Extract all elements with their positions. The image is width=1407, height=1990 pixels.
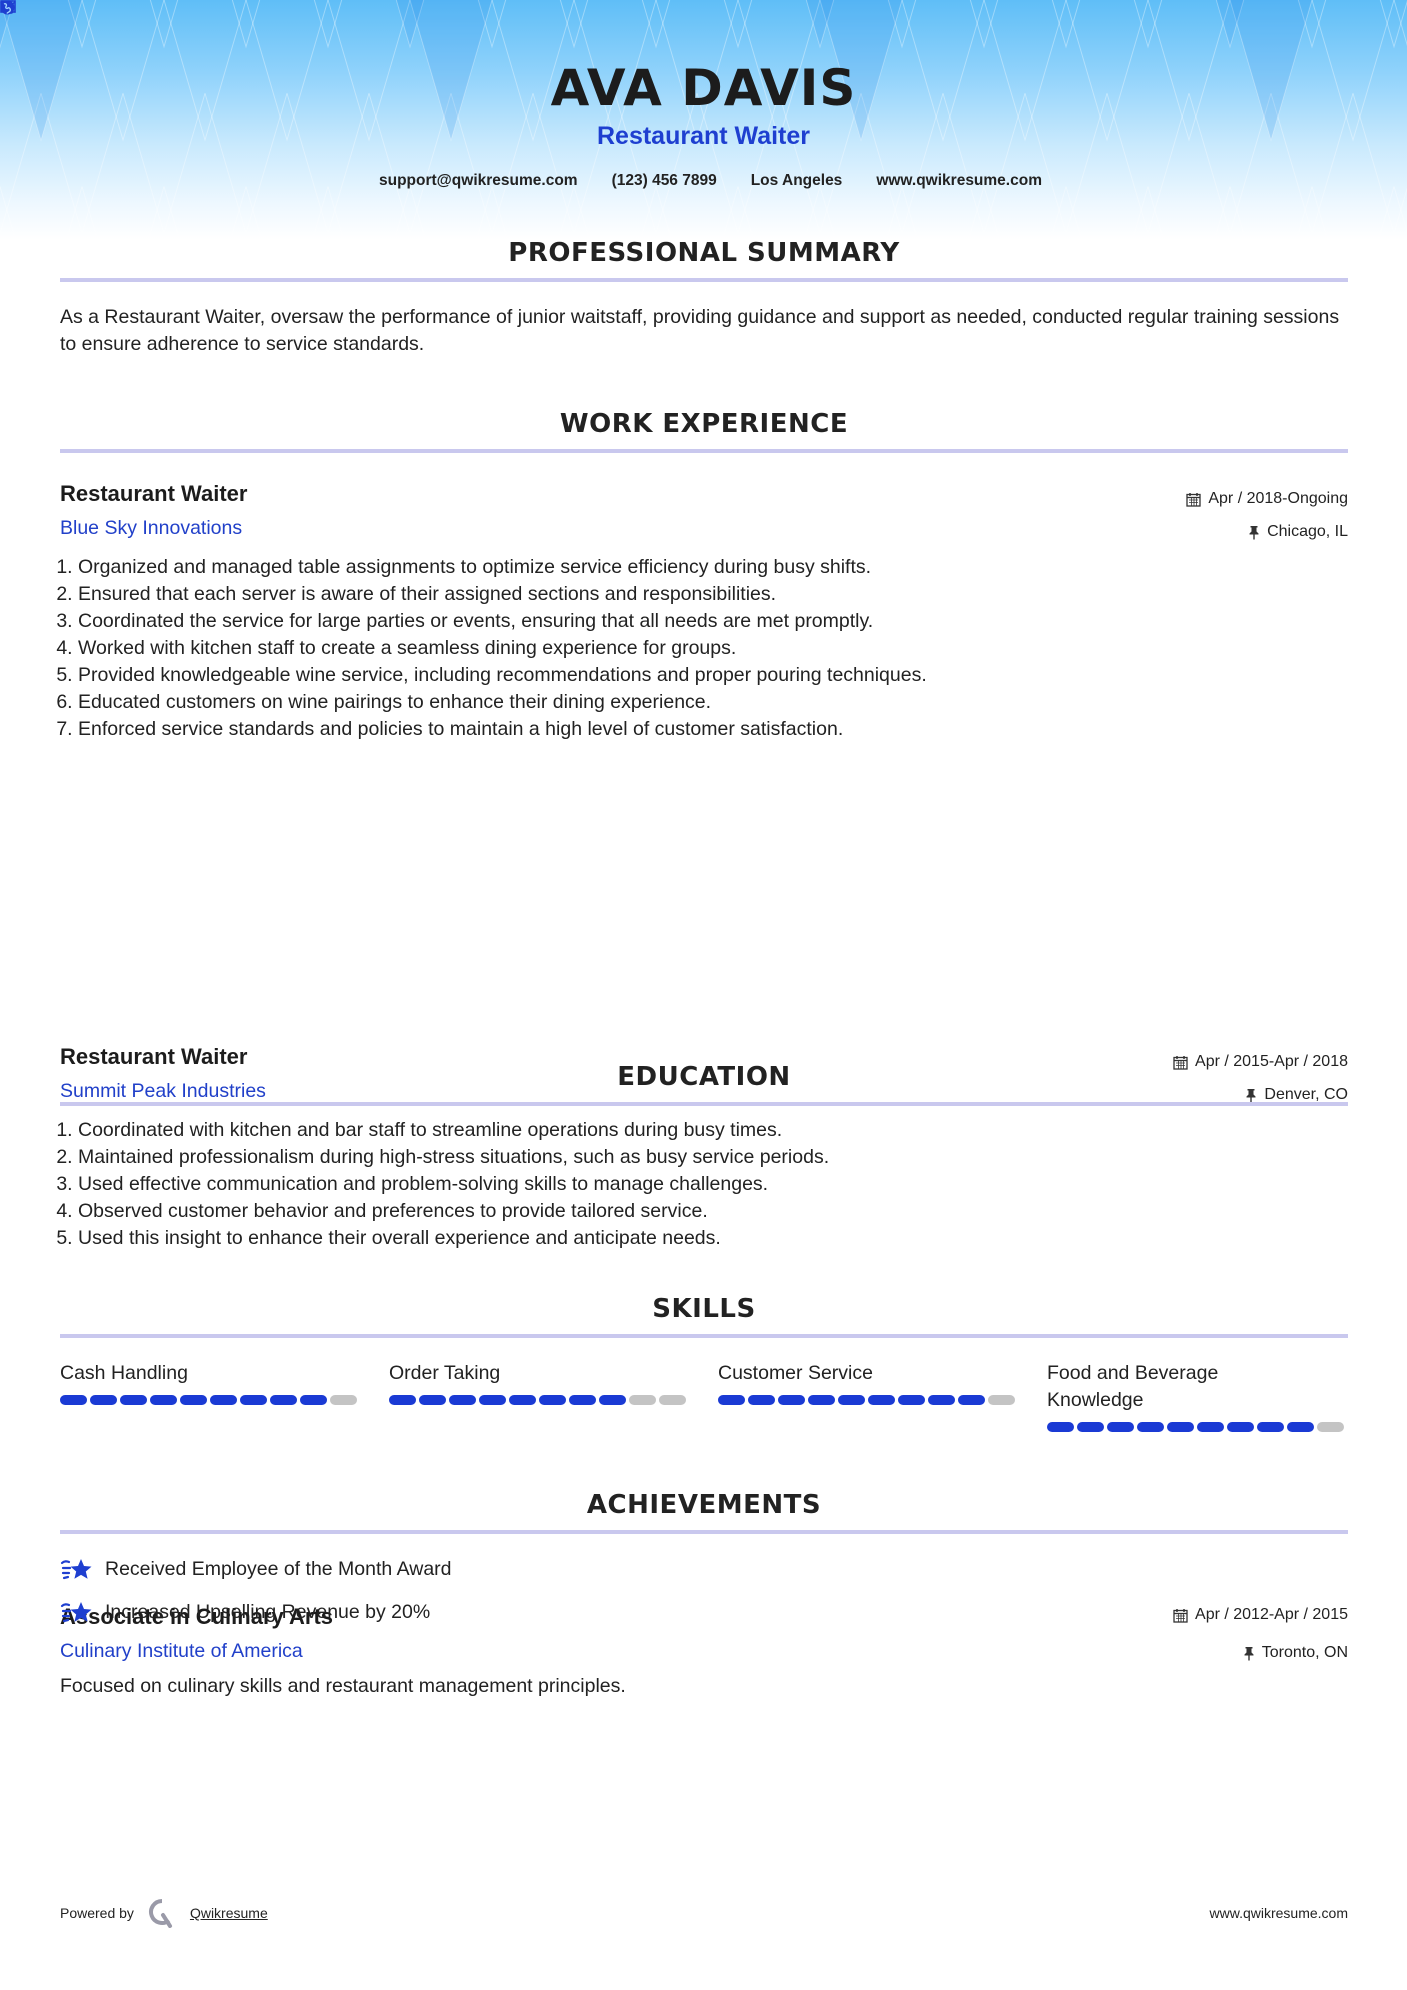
rating-dot — [1077, 1422, 1104, 1432]
pushpin-icon — [1243, 1646, 1255, 1661]
job-dates: Apr / 2018-Ongoing — [1208, 490, 1348, 508]
skill-rating — [389, 1395, 689, 1405]
skill-rating — [60, 1395, 360, 1405]
qwikresume-link[interactable]: Qwikresume — [190, 1905, 268, 1921]
candidate-role: Restaurant Waiter — [0, 120, 1407, 152]
rating-dot — [958, 1395, 985, 1405]
qwikresume-logo-icon — [148, 1898, 176, 1928]
list-item: Used effective communication and problem… — [78, 1171, 1348, 1198]
rating-dot — [1227, 1422, 1254, 1432]
contact-website[interactable]: www.qwikresume.com — [862, 172, 1042, 190]
rating-dot — [270, 1395, 297, 1405]
rating-dot — [1167, 1422, 1194, 1432]
contact-location: Los Angeles — [737, 172, 843, 190]
education-description: Focused on culinary skills and restauran… — [60, 1673, 1348, 1700]
skill-name: Customer Service — [718, 1360, 1018, 1387]
list-item: Coordinated the service for large partie… — [78, 608, 1348, 635]
star-award-icon — [60, 1556, 94, 1584]
job-title: Restaurant Waiter — [60, 481, 1348, 507]
achievements-section: ACHIEVEMENTS Received Employee of the Mo… — [60, 1490, 1348, 1634]
rating-dot — [539, 1395, 566, 1405]
job-bullets: Organized and managed table assignments … — [60, 554, 1348, 743]
job-meta: Apr / 2018-Ongoing Chicago, IL — [1186, 489, 1348, 542]
rating-dot — [330, 1395, 357, 1405]
skill-item: Order Taking — [389, 1360, 689, 1432]
pushpin-icon — [1248, 525, 1260, 540]
rating-dot — [479, 1395, 506, 1405]
list-item: Organized and managed table assignments … — [78, 554, 1348, 581]
rating-dot — [898, 1395, 925, 1405]
section-divider — [60, 449, 1348, 453]
rating-dot — [988, 1395, 1015, 1405]
skill-item: Customer Service — [718, 1360, 1018, 1432]
rating-dot — [808, 1395, 835, 1405]
list-item: Ensured that each server is aware of the… — [78, 581, 1348, 608]
calendar-icon — [1186, 492, 1201, 507]
section-title-achievements: ACHIEVEMENTS — [60, 1490, 1348, 1520]
rating-dot — [778, 1395, 805, 1405]
list-item: Used this insight to enhance their overa… — [78, 1225, 1348, 1252]
rating-dot — [389, 1395, 416, 1405]
header-banner: AVA DAVIS Restaurant Waiter support@qwik… — [0, 0, 1407, 240]
rating-dot — [748, 1395, 775, 1405]
summary-section: PROFESSIONAL SUMMARY As a Restaurant Wai… — [60, 238, 1348, 358]
rating-dot — [1287, 1422, 1314, 1432]
contact-bar: support@qwikresume.com (123) 456 7899 Lo… — [0, 172, 1407, 190]
rating-dot — [599, 1395, 626, 1405]
rating-dot — [1197, 1422, 1224, 1432]
achievement-item: Increased Upselling Revenue by 20% — [60, 1591, 1348, 1634]
section-divider — [60, 1530, 1348, 1534]
powered-by-label: Powered by — [60, 1905, 134, 1921]
section-divider — [60, 278, 1348, 282]
job-location: Chicago, IL — [1267, 523, 1348, 541]
education-section: EDUCATION — [60, 1062, 1348, 1106]
list-item: Worked with kitchen staff to create a se… — [78, 635, 1348, 662]
rating-dot — [838, 1395, 865, 1405]
summary-text: As a Restaurant Waiter, oversaw the perf… — [60, 304, 1348, 358]
list-item: Observed customer behavior and preferenc… — [78, 1198, 1348, 1225]
job-entry: Restaurant Waiter Blue Sky Innovations A… — [60, 481, 1348, 743]
list-item: Educated customers on wine pairings to e… — [78, 689, 1348, 716]
section-title-experience: WORK EXPERIENCE — [60, 409, 1348, 439]
rating-dot — [718, 1395, 745, 1405]
company-name: Blue Sky Innovations — [60, 517, 1348, 540]
rating-dot — [569, 1395, 596, 1405]
rating-dot — [300, 1395, 327, 1405]
rating-dot — [1137, 1422, 1164, 1432]
skill-rating — [1047, 1422, 1347, 1432]
rating-dot — [60, 1395, 87, 1405]
rating-dot — [659, 1395, 686, 1405]
footer-website[interactable]: www.qwikresume.com — [1210, 1905, 1348, 1921]
section-divider — [60, 1102, 1348, 1106]
skill-name: Order Taking — [389, 1360, 689, 1387]
skills-list: Cash HandlingOrder TakingCustomer Servic… — [60, 1360, 1348, 1432]
section-divider — [60, 1334, 1348, 1338]
section-title-summary: PROFESSIONAL SUMMARY — [60, 238, 1348, 268]
school-name: Culinary Institute of America — [60, 1640, 1348, 1663]
achievements-list: Received Employee of the Month Award Inc… — [60, 1548, 1348, 1634]
rating-dot — [1317, 1422, 1344, 1432]
skill-item: Cash Handling — [60, 1360, 360, 1432]
rating-dot — [180, 1395, 207, 1405]
list-item: Coordinated with kitchen and bar staff t… — [78, 1117, 1348, 1144]
rating-dot — [509, 1395, 536, 1405]
candidate-name: AVA DAVIS — [0, 58, 1407, 118]
list-item: Provided knowledgeable wine service, inc… — [78, 662, 1348, 689]
rating-dot — [240, 1395, 267, 1405]
achievement-item: Received Employee of the Month Award — [60, 1548, 1348, 1591]
skill-name: Cash Handling — [60, 1360, 360, 1387]
education-location: Toronto, ON — [1262, 1644, 1348, 1662]
skill-name: Food and Beverage Knowledge — [1047, 1360, 1247, 1414]
star-award-icon — [60, 1599, 94, 1627]
section-title-skills: SKILLS — [60, 1294, 1348, 1324]
rating-dot — [150, 1395, 177, 1405]
rating-dot — [419, 1395, 446, 1405]
rating-dot — [1107, 1422, 1134, 1432]
list-item: Enforced service standards and policies … — [78, 716, 1348, 743]
skill-item: Food and Beverage Knowledge — [1047, 1360, 1347, 1432]
skill-rating — [718, 1395, 1018, 1405]
job-bullets: Coordinated with kitchen and bar staff t… — [60, 1117, 1348, 1252]
rating-dot — [449, 1395, 476, 1405]
rating-dot — [1047, 1422, 1074, 1432]
rating-dot — [629, 1395, 656, 1405]
rating-dot — [868, 1395, 895, 1405]
rating-dot — [120, 1395, 147, 1405]
rating-dot — [1257, 1422, 1284, 1432]
rating-dot — [210, 1395, 237, 1405]
list-item: Maintained professionalism during high-s… — [78, 1144, 1348, 1171]
rating-dot — [90, 1395, 117, 1405]
experience-section: WORK EXPERIENCE — [60, 409, 1348, 453]
contact-phone[interactable]: (123) 456 7899 — [598, 172, 717, 190]
contact-email[interactable]: support@qwikresume.com — [365, 172, 578, 190]
rating-dot — [928, 1395, 955, 1405]
section-title-education: EDUCATION — [60, 1062, 1348, 1092]
footer: Powered by Qwikresume www.qwikresume.com — [60, 1898, 1348, 1928]
skills-section: SKILLS Cash HandlingOrder TakingCustomer… — [60, 1294, 1348, 1432]
